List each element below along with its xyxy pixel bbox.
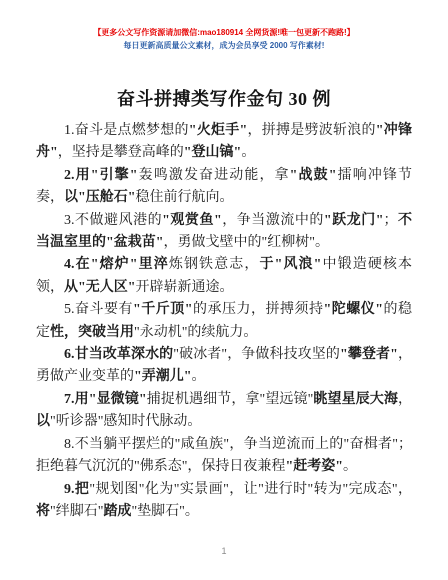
text-segment: 3.不做避风港的 bbox=[64, 213, 162, 228]
text-segment: 9.把 bbox=[64, 482, 89, 497]
text-segment: "陀螺仪" bbox=[323, 302, 383, 317]
text-segment: "绊脚石" bbox=[50, 504, 103, 519]
text-segment: "弄潮儿" bbox=[134, 369, 192, 384]
text-segment: 的承压力，拼搏须持 bbox=[193, 302, 324, 317]
text-segment: 4.在"熔炉"里淬 bbox=[64, 257, 169, 272]
text-segment: 于"风浪" bbox=[259, 257, 321, 272]
text-segment: 。 bbox=[241, 145, 255, 160]
paragraph: 1.奋斗是点燃梦想的"火炬手"，拼搏是劈波斩浪的"冲锋舟"，坚持是攀登高峰的"登… bbox=[36, 120, 412, 165]
text-segment: "规划图"化为"实景画"，让"进行时"转为"完成态"， bbox=[89, 482, 412, 497]
text-segment: "听诊器"感知时代脉动。 bbox=[50, 414, 201, 429]
text-segment: "战鼓" bbox=[290, 168, 337, 183]
text-segment: 2.用"引擎" bbox=[64, 168, 138, 183]
text-segment: 开辟崭新通途。 bbox=[136, 280, 234, 295]
text-segment: 7.用"显微镜" bbox=[64, 392, 147, 407]
text-segment: "火炬手" bbox=[189, 123, 248, 138]
text-segment: "垫脚石"。 bbox=[131, 504, 198, 519]
notice-line-1: 【更多公文写作资源请加微信:mao180914 全网货源!唯一包更新不跑路!】 bbox=[0, 26, 448, 39]
page-number: 1 bbox=[0, 546, 448, 556]
text-segment: 以 bbox=[36, 414, 50, 429]
text-segment: ， bbox=[398, 392, 412, 407]
text-segment: "跃龙门" bbox=[324, 213, 384, 228]
paragraph: 6.甘当改革深水的"破冰者"，争做科技攻坚的"攀登者"，勇做产业变革的"弄潮儿"… bbox=[36, 344, 412, 389]
text-segment: "破冰者"，争做科技攻坚的 bbox=[173, 347, 340, 362]
text-segment: "永动机"的续航力。 bbox=[134, 325, 257, 340]
text-segment: ，拼搏是劈波斩浪的 bbox=[247, 123, 375, 138]
text-segment: 从"无人区" bbox=[64, 280, 136, 295]
text-segment: "千斤顶" bbox=[133, 302, 193, 317]
header-notice: 【更多公文写作资源请加微信:mao180914 全网货源!唯一包更新不跑路!】 … bbox=[0, 0, 448, 52]
paragraph: 4.在"熔炉"里淬炼钢铁意志，于"风浪"中锻造硬核本领，从"无人区"开辟崭新通途… bbox=[36, 254, 412, 299]
text-segment: ，勇做戈壁中的"红柳树"。 bbox=[164, 235, 329, 250]
text-segment: 性，突破当用 bbox=[50, 325, 134, 340]
text-segment: 以"压舱石" bbox=[64, 190, 136, 205]
text-segment: 炼钢铁意志， bbox=[169, 257, 260, 272]
text-segment: "登山镐" bbox=[184, 145, 242, 160]
text-segment: 6.甘当改革深水的 bbox=[64, 347, 173, 362]
text-segment: ； bbox=[384, 213, 398, 228]
paragraph: 7.用"显微镜"捕捉机遇细节，拿"望远镜"眺望星辰大海，以"听诊器"感知时代脉动… bbox=[36, 389, 412, 434]
text-segment: "赶考姿" bbox=[285, 459, 343, 474]
paragraph: 8.不当躺平摆烂的"咸鱼族"，争当逆流而上的"奋楫者"；拒绝暮气沉沉的"佛系态"… bbox=[36, 434, 412, 479]
text-segment: 踏成 bbox=[103, 504, 131, 519]
paragraph: 2.用"引擎"轰鸣激发奋进动能，拿"战鼓"擂响冲锋节奏，以"压舱石"稳住前行航向… bbox=[36, 165, 412, 210]
text-segment: ，坚持是攀登高峰的 bbox=[58, 145, 184, 160]
document-body: 1.奋斗是点燃梦想的"火炬手"，拼搏是劈波斩浪的"冲锋舟"，坚持是攀登高峰的"登… bbox=[36, 120, 412, 523]
notice-line-2: 每日更新高质量公文素材，成为会员享受 2000 写作素材! bbox=[0, 39, 448, 52]
text-segment: 5.奋斗要有 bbox=[64, 302, 133, 317]
text-segment: 1.奋斗是点燃梦想的 bbox=[64, 123, 189, 138]
text-segment: 。 bbox=[343, 459, 357, 474]
page-title: 奋斗拼搏类写作金句 30 例 bbox=[0, 85, 448, 111]
page: 【更多公文写作资源请加微信:mao180914 全网货源!唯一包更新不跑路!】 … bbox=[0, 0, 448, 580]
paragraph: 3.不做避风港的"观赏鱼"，争当激流中的"跃龙门"；不当温室里的"盆栽苗"，勇做… bbox=[36, 210, 412, 255]
text-segment: "攀登者" bbox=[340, 347, 398, 362]
text-segment: "观赏鱼" bbox=[162, 213, 222, 228]
text-segment: 。 bbox=[192, 369, 206, 384]
text-segment: ，争当激流中的 bbox=[222, 213, 324, 228]
text-segment: 将 bbox=[36, 504, 50, 519]
text-segment: 捕捉机遇细节，拿"望远镜" bbox=[147, 392, 314, 407]
paragraph: 9.把"规划图"化为"实景画"，让"进行时"转为"完成态"，将"绊脚石"踏成"垫… bbox=[36, 479, 412, 524]
text-segment: 轰鸣激发奋进动能，拿 bbox=[138, 168, 290, 183]
paragraph: 5.奋斗要有"千斤顶"的承压力，拼搏须持"陀螺仪"的稳定性，突破当用"永动机"的… bbox=[36, 299, 412, 344]
text-segment: 眺望星辰大海 bbox=[313, 392, 398, 407]
text-segment: 稳住前行航向。 bbox=[136, 190, 234, 205]
